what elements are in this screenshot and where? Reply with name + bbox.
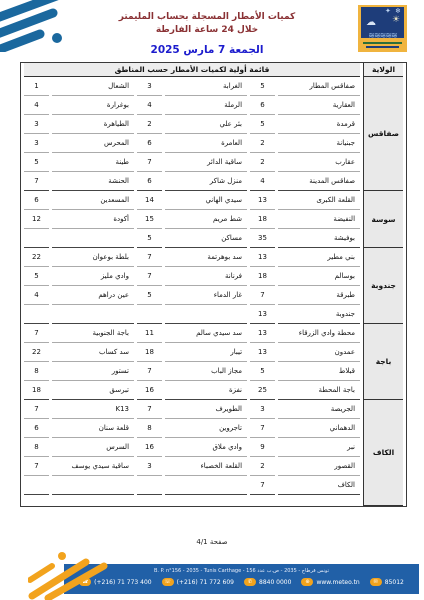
document-page: ✦ ❄ ☀ ☁ ≋≋≋≋≋ كميات الأمطار المسجلة بحسا…: [0, 0, 424, 600]
station-name-cell: قرمدة: [278, 115, 360, 134]
station-name-cell: K13: [52, 400, 134, 419]
report-title-line2: خلال 24 ساعة الفارطة: [60, 24, 354, 37]
rainfall-value-cell: 4: [24, 96, 49, 115]
table-row: نبر9وادي ملاق16السرس8: [24, 438, 403, 457]
rainfall-value-cell: 4: [137, 96, 162, 115]
station-name-cell: سد كساب: [52, 343, 134, 362]
contact-text: 85012: [385, 579, 404, 586]
rainfall-value-cell: 18: [137, 343, 162, 362]
rainfall-value-cell: 25: [250, 381, 275, 400]
station-name-cell: الشعال: [52, 77, 134, 96]
governorate-cell: الكاف: [363, 400, 403, 506]
station-name-cell: الرملة: [165, 96, 247, 115]
rainfall-value-cell: 11: [137, 324, 162, 343]
rainfall-value-cell: 14: [137, 191, 162, 210]
table-row: طبرقة7غار الدماء5عين دراهم4: [24, 286, 403, 305]
orange-stripes-decoration: [28, 546, 128, 600]
inm-logo-textline: [363, 42, 402, 44]
station-name-cell: ساقية الدائر: [165, 153, 247, 172]
rainfall-value-cell: 3: [137, 457, 162, 476]
rainfall-value-cell: 6: [24, 419, 49, 438]
contact-item: ✉85012: [370, 578, 404, 586]
rainfall-value-cell: 3: [24, 134, 49, 153]
station-name-cell: تاجروين: [165, 419, 247, 438]
fax-icon: ☏: [162, 578, 174, 586]
rainfall-value-cell: 6: [24, 191, 49, 210]
rainfall-value-cell: 8: [24, 362, 49, 381]
station-name-cell: النفيضة: [278, 210, 360, 229]
stars-icon: ✦ ❄: [385, 7, 402, 15]
station-name-cell: تستور: [52, 362, 134, 381]
station-name-cell: سيدي الهاني: [165, 191, 247, 210]
rainfall-value-cell: 3: [250, 400, 275, 419]
station-name-cell: سد بوهرتمة: [165, 248, 247, 267]
contact-text: 8840 0000: [259, 579, 291, 586]
table-row: باجةمحطة وادي الزرقاء13سد سيدي سالم11باج…: [24, 324, 403, 343]
globe-icon: ⊕: [301, 578, 313, 586]
station-name-cell: بوسالم: [278, 267, 360, 286]
station-name-cell: الطياهرة: [52, 115, 134, 134]
rainfall-value-cell: 15: [137, 210, 162, 229]
sea-waves-icon: ≋≋≋≋≋: [363, 31, 402, 38]
sun-icon: ☀: [392, 15, 400, 25]
station-name-cell: صفاقس المطار: [278, 77, 360, 96]
station-name-cell: بوفيشة: [278, 229, 360, 248]
station-name-cell: [52, 229, 134, 248]
table-row: سوسةالقلعة الكبرى13سيدي الهاني14المسعدين…: [24, 191, 403, 210]
table-row: عقارب2ساقية الدائر7طينة5: [24, 153, 403, 172]
rainfall-value-cell: [137, 476, 162, 495]
governorate-cell: جندوبة: [363, 248, 403, 324]
rainfall-value-cell: 6: [137, 172, 162, 191]
rainfall-value-cell: 3: [137, 77, 162, 96]
station-name-cell: القلعة الخصباء: [165, 457, 247, 476]
rainfall-value-cell: 7: [137, 267, 162, 286]
rainfall-value-cell: [24, 305, 49, 324]
station-name-cell: مساكن: [165, 229, 247, 248]
station-name-cell: بلطة بوعوان: [52, 248, 134, 267]
rainfall-value-cell: 7: [137, 248, 162, 267]
inm-logo-textline: [366, 46, 399, 48]
contact-text: www.meteo.tn: [316, 579, 359, 586]
station-name-cell: عمدون: [278, 343, 360, 362]
contact-item: ☏(+216) 71 772 609: [162, 578, 234, 586]
rainfall-value-cell: 2: [250, 153, 275, 172]
rainfall-value-cell: 7: [137, 362, 162, 381]
station-name-cell: نبر: [278, 438, 360, 457]
table-spacer-row: [24, 495, 403, 506]
rainfall-value-cell: 5: [137, 286, 162, 305]
rain-table-body: صفاقسصفاقس المطار5الغرابة3الشعال1العقاري…: [24, 77, 403, 506]
station-name-cell: وادي ملاق: [165, 438, 247, 457]
table-row: الكافالجريصة3الطويرف7K137: [24, 400, 403, 419]
station-name-cell: [52, 476, 134, 495]
station-name-cell: السرس: [52, 438, 134, 457]
table-row: عمدون13تيبار18سد كساب22: [24, 343, 403, 362]
station-name-cell: سد سيدي سالم: [165, 324, 247, 343]
station-name-cell: جبنيانة: [278, 134, 360, 153]
rainfall-value-cell: 2: [250, 134, 275, 153]
rainfall-value-cell: 7: [137, 400, 162, 419]
cloud-icon: ☁: [366, 17, 376, 28]
station-name-cell: قلعة سنان: [52, 419, 134, 438]
rainfall-value-cell: 18: [24, 381, 49, 400]
rainfall-value-cell: 7: [250, 419, 275, 438]
station-name-cell: [52, 305, 134, 324]
report-title-block: كميات الأمطار المسجلة بحساب المليمتر خلا…: [60, 11, 354, 56]
governorate-cell: سوسة: [363, 191, 403, 248]
table-row: الدهماني7تاجروين8قلعة سنان6: [24, 419, 403, 438]
rainfall-value-cell: [24, 476, 49, 495]
rainfall-value-cell: 5: [24, 267, 49, 286]
table-caption: قائمة أولية لكميات الأمطار حسب المناطق: [24, 63, 360, 77]
rainfall-value-cell: 22: [24, 343, 49, 362]
station-name-cell: بني مطير: [278, 248, 360, 267]
table-row: النفيضة18شط مريم15أكودة12: [24, 210, 403, 229]
inm-meteorology-logo: ✦ ❄ ☀ ☁ ≋≋≋≋≋: [358, 5, 407, 52]
rainfall-value-cell: 13: [250, 305, 275, 324]
station-name-cell: طبرقة: [278, 286, 360, 305]
table-row: صفاقس المدينة4منزل شاكر6الحنشة7: [24, 172, 403, 191]
station-name-cell: بوغرارة: [52, 96, 134, 115]
rainfall-value-cell: 16: [137, 438, 162, 457]
rainfall-value-cell: 2: [250, 457, 275, 476]
table-row: جندوبة13: [24, 305, 403, 324]
station-name-cell: العقارية: [278, 96, 360, 115]
station-name-cell: منزل شاكر: [165, 172, 247, 191]
rainfall-value-cell: 35: [250, 229, 275, 248]
station-name-cell: غار الدماء: [165, 286, 247, 305]
rainfall-value-cell: 5: [250, 115, 275, 134]
governorate-column-header: الولاية: [363, 63, 403, 77]
station-name-cell: فرنانة: [165, 267, 247, 286]
station-name-cell: القصور: [278, 457, 360, 476]
rainfall-value-cell: 7: [250, 476, 275, 495]
rainfall-value-cell: 18: [250, 210, 275, 229]
rainfall-value-cell: 6: [137, 134, 162, 153]
station-name-cell: المسعدين: [52, 191, 134, 210]
station-name-cell: صفاقس المدينة: [278, 172, 360, 191]
rainfall-value-cell: 12: [24, 210, 49, 229]
rainfall-value-cell: 5: [137, 229, 162, 248]
call-icon: ✆: [244, 578, 256, 586]
rainfall-value-cell: 9: [250, 438, 275, 457]
rainfall-value-cell: 6: [250, 96, 275, 115]
rainfall-value-cell: 7: [24, 172, 49, 191]
rainfall-value-cell: 8: [137, 419, 162, 438]
table-row: جبنيانة2العامرة6المحرس3: [24, 134, 403, 153]
station-name-cell: قبلاط: [278, 362, 360, 381]
sms-icon: ✉: [370, 578, 382, 586]
rainfall-value-cell: 13: [250, 248, 275, 267]
rainfall-value-cell: 7: [24, 457, 49, 476]
table-row: بوسالم18فرنانة7وادي مليز5: [24, 267, 403, 286]
table-row: الكاف7: [24, 476, 403, 495]
table-row: العقارية6الرملة4بوغرارة4: [24, 96, 403, 115]
station-name-cell: الدهماني: [278, 419, 360, 438]
rainfall-value-cell: 18: [250, 267, 275, 286]
rainfall-value-cell: 4: [250, 172, 275, 191]
governorate-cell: صفاقس: [363, 77, 403, 191]
table-row: بوفيشة35مساكن5: [24, 229, 403, 248]
table-row: القصور2القلعة الخصباء3ساقية سيدي يوسف7: [24, 457, 403, 476]
station-name-cell: مجاز الباب: [165, 362, 247, 381]
station-name-cell: وادي مليز: [52, 267, 134, 286]
rainfall-value-cell: 13: [250, 324, 275, 343]
contact-item: ✆8840 0000: [244, 578, 291, 586]
rainfall-value-cell: 5: [250, 362, 275, 381]
station-name-cell: القلعة الكبرى: [278, 191, 360, 210]
rainfall-value-cell: 1: [24, 77, 49, 96]
station-name-cell: ساقية سيدي يوسف: [52, 457, 134, 476]
rainfall-value-cell: 8: [24, 438, 49, 457]
table-row: جندوبةبني مطير13سد بوهرتمة7بلطة بوعوان22: [24, 248, 403, 267]
contact-item: ⊕www.meteo.tn: [301, 578, 359, 586]
page-number: صفحة 4/1: [0, 538, 424, 546]
rainfall-value-cell: 7: [137, 153, 162, 172]
rainfall-value-cell: 13: [250, 191, 275, 210]
rainfall-value-cell: 2: [137, 115, 162, 134]
station-name-cell: [165, 476, 247, 495]
station-name-cell: عين دراهم: [52, 286, 134, 305]
rainfall-value-cell: 13: [250, 343, 275, 362]
station-name-cell: تبرسق: [52, 381, 134, 400]
station-name-cell: بئر علي: [165, 115, 247, 134]
rainfall-table: الولاية قائمة أولية لكميات الأمطار حسب ا…: [20, 62, 407, 507]
rainfall-value-cell: 5: [24, 153, 49, 172]
station-name-cell: باجة الجنوبية: [52, 324, 134, 343]
table-row: صفاقسصفاقس المطار5الغرابة3الشعال1: [24, 77, 403, 96]
station-name-cell: الكاف: [278, 476, 360, 495]
station-name-cell: الطويرف: [165, 400, 247, 419]
rainfall-value-cell: 22: [24, 248, 49, 267]
table-row: باجة المحطة25نفزة16تبرسق18: [24, 381, 403, 400]
table-header-row: الولاية قائمة أولية لكميات الأمطار حسب ا…: [24, 63, 403, 77]
station-name-cell: نفزة: [165, 381, 247, 400]
station-name-cell: [165, 305, 247, 324]
station-name-cell: محطة وادي الزرقاء: [278, 324, 360, 343]
inm-logo-sky: ✦ ❄ ☀ ☁ ≋≋≋≋≋: [361, 7, 404, 38]
station-name-cell: شط مريم: [165, 210, 247, 229]
report-title-line1: كميات الأمطار المسجلة بحساب المليمتر: [60, 11, 354, 24]
station-name-cell: الجريصة: [278, 400, 360, 419]
rainfall-value-cell: 7: [24, 400, 49, 419]
station-name-cell: المحرس: [52, 134, 134, 153]
rainfall-value-cell: [24, 229, 49, 248]
rainfall-value-cell: 7: [250, 286, 275, 305]
station-name-cell: الحنشة: [52, 172, 134, 191]
station-name-cell: الغرابة: [165, 77, 247, 96]
report-date: الجمعة 7 مارس 2025: [60, 44, 354, 56]
rainfall-value-cell: 16: [137, 381, 162, 400]
governorate-cell: باجة: [363, 324, 403, 400]
station-name-cell: جندوبة: [278, 305, 360, 324]
contact-text: (+216) 71 772 609: [177, 579, 234, 586]
station-name-cell: عقارب: [278, 153, 360, 172]
station-name-cell: العامرة: [165, 134, 247, 153]
rainfall-value-cell: 3: [24, 115, 49, 134]
table-row: قبلاط5مجاز الباب7تستور8: [24, 362, 403, 381]
station-name-cell: أكودة: [52, 210, 134, 229]
station-name-cell: تيبار: [165, 343, 247, 362]
station-name-cell: طينة: [52, 153, 134, 172]
rainfall-value-cell: [137, 305, 162, 324]
rainfall-value-cell: 4: [24, 286, 49, 305]
rainfall-value-cell: 7: [24, 324, 49, 343]
table-row: قرمدة5بئر علي2الطياهرة3: [24, 115, 403, 134]
station-name-cell: باجة المحطة: [278, 381, 360, 400]
rainfall-value-cell: 5: [250, 77, 275, 96]
